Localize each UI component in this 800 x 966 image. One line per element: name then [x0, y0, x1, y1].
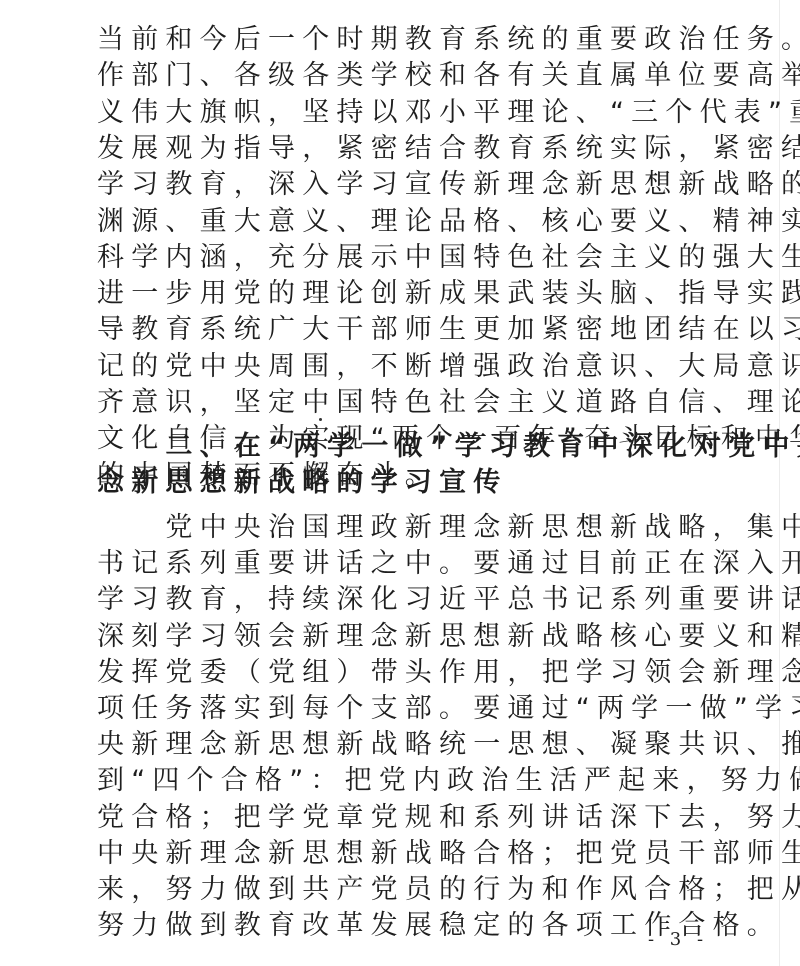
text-line: 作部门、各级各类学校和各有关直属单位要高举中国特色社会主 [97, 58, 697, 94]
text-line: 到“四个合格”：把党内政治生活严起来，努力做到全面从严治 [97, 763, 697, 799]
text-line: 项任务落实到每个支部。要通过“两学一做”学习教育，用党中 [97, 691, 697, 727]
text-line: 科学内涵，充分展示中国特色社会主义的强大生命力和感召力， [97, 240, 697, 276]
text-line: 央新理念新思想新战略统一思想、凝聚共识、推动发展，努力做 [97, 727, 697, 763]
text-line: 学习教育，持续深化习近平总书记系列重要讲话的学习宣传教育， [97, 582, 697, 618]
scan-artifact-dot [319, 418, 322, 421]
text-line: 深刻学习领会新理念新思想新战略核心要义和精神实质。要切实 [97, 619, 697, 655]
text-line: 党中央治国理政新理念新思想新战略，集中体现在习近平总 [97, 510, 697, 546]
text-line: 努力做到教育改革发展稳定的各项工作合格。 [97, 908, 697, 944]
text-line: 学习教育，深入学习宣传新理念新思想新战略的时代背景、理论 [97, 167, 697, 203]
heading-line: 二、在“两学一做”学习教育中深化对党中央治国理政新理 [97, 429, 697, 465]
text-line: 导教育系统广大干部师生更加紧密地团结在以习近平同志为总书 [97, 312, 697, 348]
text-line: 来，努力做到共产党员的行为和作风合格；把从实问效督到位， [97, 872, 697, 908]
text-line: 发挥党委（党组）带头作用，把学习领会新理念新思想新战略各 [97, 655, 697, 691]
page-number: - 3 - [648, 929, 708, 950]
text-line: 进一步用党的理论创新成果武装头脑、指导实践、推动工作，引 [97, 276, 697, 312]
text-line: 中央新理念新思想新战略合格；把党员干部师生“精气神”提上 [97, 836, 697, 872]
heading-line: 念新思想新战略的学习宣传 [97, 465, 697, 501]
text-line: 书记系列重要讲话之中。要通过目前正在深入开展的“两学一做” [97, 546, 697, 582]
text-line: 齐意识，坚定中国特色社会主义道路自信、理论自信、制度自信、 [97, 385, 697, 421]
text-line: 当前和今后一个时期教育系统的重要政治任务。各级党委教育工 [97, 22, 697, 58]
text-line: 党合格；把学党章党规和系列讲话深下去，努力做到贯彻落实党 [97, 800, 697, 836]
text-line: 记的党中央周围，不断增强政治意识、大局意识、核心意识、看 [97, 349, 697, 385]
text-line: 渊源、重大意义、理论品格、核心要义、精神实质、主要内容和 [97, 204, 697, 240]
text-line: 发展观为指导，紧密结合教育系统实际，紧密结合“两学一做” [97, 131, 697, 167]
text-line: 义伟大旗帜，坚持以邓小平理论、“三个代表”重要思想、科学 [97, 95, 697, 131]
